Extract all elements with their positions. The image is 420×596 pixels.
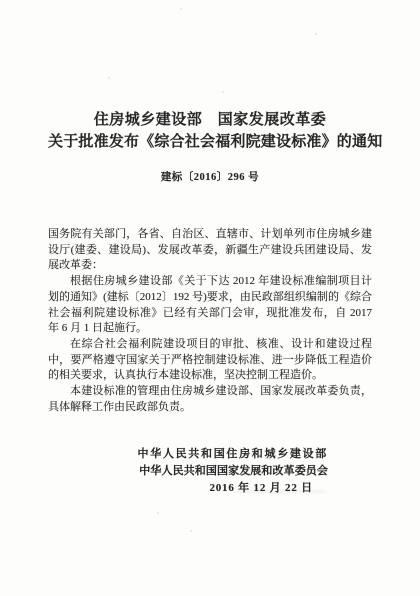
signature-org-housing-ministry: 中华人民共和国住房和城乡建设部 (48, 446, 372, 463)
body-paragraph: 在综合社会福利院建设项目的审批、核准、设计和建设过程中，要严格遵守国家关于严格控… (48, 337, 372, 384)
signature-date: 2016 年 12 月 22 日 (48, 480, 372, 496)
document-page: 住房城乡建设部 国家发展改革委 关于批准发布《综合社会福利院建设标准》的通知 建… (0, 0, 420, 596)
body-paragraph: 根据住房城乡建设部《关于下达 2012 年建设标准编制项目计划的通知》(建标〔2… (48, 274, 372, 337)
signature-block: 中华人民共和国住房和城乡建设部 中华人民共和国国家发展和改革委员会 2016 年… (48, 446, 372, 496)
salutation-paragraph: 国务院有关部门，各省、自治区、直辖市、计划单列市住房城乡建设厅(建委、建设局)、… (48, 227, 372, 274)
document-title-line2: 关于批准发布《综合社会福利院建设标准》的通知 (48, 134, 372, 151)
document-content: 住房城乡建设部 国家发展改革委 关于批准发布《综合社会福利院建设标准》的通知 建… (48, 0, 372, 496)
body-paragraph: 本建设标准的管理由住房城乡建设部、国家发展改革委负责，具体解释工作由民政部负责。 (48, 384, 372, 415)
document-number: 建标〔2016〕296 号 (48, 172, 372, 184)
scan-speckle (190, 530, 192, 532)
document-body: 国务院有关部门，各省、自治区、直辖市、计划单列市住房城乡建设厅(建委、建设局)、… (48, 227, 372, 415)
scan-speckle (157, 512, 159, 514)
signature-org-ndrc: 中华人民共和国国家发展和改革委员会 (48, 463, 372, 480)
document-title-line1: 住房城乡建设部 国家发展改革委 (48, 112, 372, 128)
